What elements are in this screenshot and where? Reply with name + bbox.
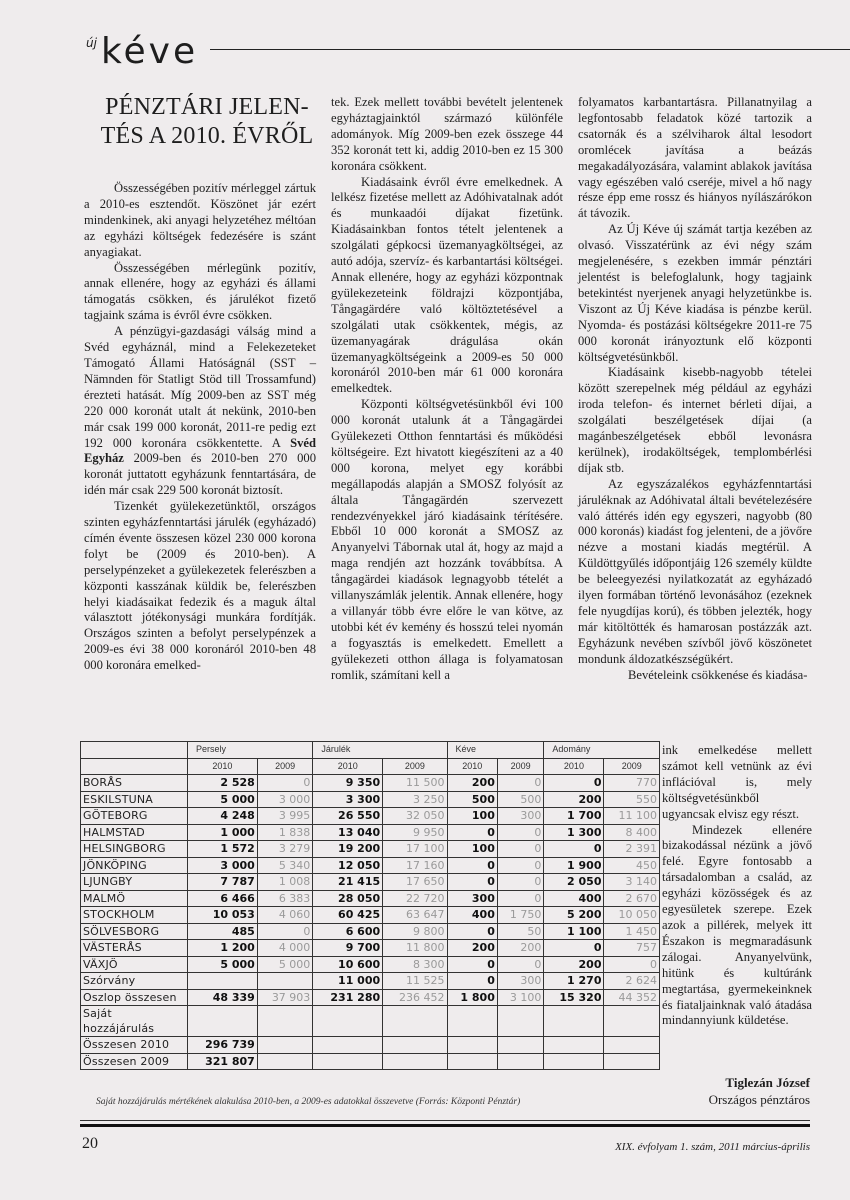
value-2010: 0: [544, 775, 604, 792]
row-label: LJUNGBY: [81, 874, 188, 891]
logo-prefix: új: [86, 36, 97, 50]
value-2010: 200: [544, 956, 604, 973]
column-3: folyamatos karbantartásra. Pillanatnyila…: [578, 95, 812, 684]
value-2009: 8 400: [604, 824, 660, 841]
value-2009: 9 950: [383, 824, 447, 841]
value-2009: 4 060: [257, 907, 312, 924]
value-2009: [604, 1037, 660, 1054]
paragraph: Mindezek ellenére bizakodással nézünk a …: [662, 823, 812, 1030]
value-2010: 2 050: [544, 874, 604, 891]
paragraph: Tizenkét gyülekezetünktől, országos szin…: [84, 499, 316, 674]
value-2010: 1 572: [188, 841, 258, 858]
value-2010: 21 415: [313, 874, 383, 891]
table-corner: [81, 758, 188, 775]
value-2010: [544, 1006, 604, 1037]
value-2009: 3 250: [383, 791, 447, 808]
value-2009: 2 391: [604, 841, 660, 858]
year-header: 2009: [257, 758, 312, 775]
value-2010: 485: [188, 923, 258, 940]
value-2010: 11 000: [313, 973, 383, 990]
author-name: Tiglezán József: [725, 1075, 810, 1091]
row-label: Összesen 2009: [81, 1053, 188, 1070]
title-line-1: PÉNZTÁRI JELEN-: [92, 93, 322, 122]
value-2010: 100: [447, 841, 497, 858]
value-2010: 9 700: [313, 940, 383, 957]
value-2009: 37 903: [257, 989, 312, 1006]
value-2010: 19 200: [313, 841, 383, 858]
footer-rule-thick: [80, 1124, 810, 1127]
value-2010: [544, 1037, 604, 1054]
value-2010: 4 248: [188, 808, 258, 825]
value-2009: 17 650: [383, 874, 447, 891]
value-2009: 8 300: [383, 956, 447, 973]
value-2010: 0: [447, 956, 497, 973]
value-2009: 236 452: [383, 989, 447, 1006]
row-label: VÄXJÖ: [81, 956, 188, 973]
paragraph: Összességében mérlegünk pozitív, annak e…: [84, 261, 316, 325]
value-2010: 48 339: [188, 989, 258, 1006]
value-2010: 400: [544, 890, 604, 907]
value-2010: 5 000: [188, 791, 258, 808]
value-2010: 1 100: [544, 923, 604, 940]
value-2010: 6 600: [313, 923, 383, 940]
column-1: Összességében pozitív mérleggel zártuk a…: [84, 181, 316, 674]
value-2009: 50: [497, 923, 544, 940]
value-2010: 5 000: [188, 956, 258, 973]
value-2010: 5 200: [544, 907, 604, 924]
value-2010: 321 807: [188, 1053, 258, 1070]
table-row: Összesen 2009321 807: [81, 1053, 660, 1070]
value-2009: 300: [497, 973, 544, 990]
group-header-persely: Persely: [188, 742, 313, 759]
value-2010: 7 787: [188, 874, 258, 891]
value-2009: [604, 1006, 660, 1037]
paragraph: folyamatos karbantartásra. Pillanatnyila…: [578, 95, 812, 222]
table-row: STOCKHOLM10 0534 06060 42563 6474001 750…: [81, 907, 660, 924]
row-label: ESKILSTUNA: [81, 791, 188, 808]
value-2009: 9 800: [383, 923, 447, 940]
value-2010: [313, 1053, 383, 1070]
value-2010: 300: [447, 890, 497, 907]
value-2010: 3 000: [188, 857, 258, 874]
value-2009: 2 670: [604, 890, 660, 907]
table-row: JÖNKÖPING3 0005 34012 05017 160001 90045…: [81, 857, 660, 874]
value-2009: 300: [497, 808, 544, 825]
table-row: BORÅS2 52809 35011 50020000770: [81, 775, 660, 792]
issue-info: XIX. évfolyam 1. szám, 2011 március-ápri…: [615, 1141, 810, 1153]
table-row: HALMSTAD1 0001 83813 0409 950001 3008 40…: [81, 824, 660, 841]
table-row: Oszlop összesen48 33937 903231 280236 45…: [81, 989, 660, 1006]
value-2009: 6 383: [257, 890, 312, 907]
value-2010: 15 320: [544, 989, 604, 1006]
value-2009: 200: [497, 940, 544, 957]
table-body: BORÅS2 52809 35011 50020000770ESKILSTUNA…: [81, 775, 660, 1070]
author-role: Országos pénztáros: [709, 1092, 810, 1108]
row-label: VÄSTERÅS: [81, 940, 188, 957]
value-2010: 0: [447, 874, 497, 891]
group-header-keve: Kéve: [447, 742, 544, 759]
value-2009: [497, 1006, 544, 1037]
paragraph: Kiadásaink évről évre emelkednek. A lelk…: [331, 175, 563, 398]
row-label: GÖTEBORG: [81, 808, 188, 825]
value-2009: [383, 1053, 447, 1070]
row-label: MALMÖ: [81, 890, 188, 907]
value-2009: [257, 1006, 312, 1037]
value-2010: 1 200: [188, 940, 258, 957]
value-2009: 11 800: [383, 940, 447, 957]
value-2010: 3 300: [313, 791, 383, 808]
value-2009: 0: [497, 857, 544, 874]
value-2010: 0: [544, 841, 604, 858]
value-2010: 1 800: [447, 989, 497, 1006]
title-line-2: TÉS A 2010. ÉVRŐL: [92, 122, 322, 151]
year-header: 2010: [544, 758, 604, 775]
value-2010: 12 050: [313, 857, 383, 874]
value-2010: 296 739: [188, 1037, 258, 1054]
value-2009: 1 450: [604, 923, 660, 940]
paragraph: ink emelkedése mellett számot kell vetnü…: [662, 743, 812, 823]
value-2009: 5 000: [257, 956, 312, 973]
value-2009: 3 995: [257, 808, 312, 825]
header-rule: [210, 49, 850, 50]
table-row: Összesen 2010296 739: [81, 1037, 660, 1054]
row-label: JÖNKÖPING: [81, 857, 188, 874]
value-2010: [188, 1006, 258, 1037]
value-2009: 3 100: [497, 989, 544, 1006]
value-2009: 1 750: [497, 907, 544, 924]
value-2010: 2 528: [188, 775, 258, 792]
table-row: LJUNGBY7 7871 00821 41517 650002 0503 14…: [81, 874, 660, 891]
column-4: ink emelkedése mellett számot kell vetnü…: [662, 743, 812, 1029]
value-2009: 11 100: [604, 808, 660, 825]
row-label: STOCKHOLM: [81, 907, 188, 924]
table-row: VÄSTERÅS1 2004 0009 70011 8002002000757: [81, 940, 660, 957]
paragraph: Központi költségvetésünkből évi 100 000 …: [331, 397, 563, 683]
value-2009: 450: [604, 857, 660, 874]
value-2010: 9 350: [313, 775, 383, 792]
paragraph: Kiadásaink kisebb-nagyobb tételei között…: [578, 365, 812, 476]
value-2009: 17 100: [383, 841, 447, 858]
value-2009: 550: [604, 791, 660, 808]
row-label: Szórvány: [81, 973, 188, 990]
value-2010: [313, 1037, 383, 1054]
value-2009: 11 525: [383, 973, 447, 990]
year-header: 2009: [604, 758, 660, 775]
value-2009: 22 720: [383, 890, 447, 907]
value-2010: [447, 1053, 497, 1070]
value-2010: 10 053: [188, 907, 258, 924]
value-2009: 0: [497, 956, 544, 973]
value-2010: 6 466: [188, 890, 258, 907]
group-header-adomany: Adomány: [544, 742, 660, 759]
paragraph: tek. Ezek mellett további bevételt jelen…: [331, 95, 563, 175]
value-2009: 500: [497, 791, 544, 808]
value-2009: 5 340: [257, 857, 312, 874]
table-row: SÖLVESBORG48506 6009 8000501 1001 450: [81, 923, 660, 940]
value-2009: 0: [604, 956, 660, 973]
value-2010: 1 270: [544, 973, 604, 990]
paragraph: Összességében pozitív mérleggel zártuk a…: [84, 181, 316, 261]
paragraph-text: A: [262, 436, 290, 450]
row-label: Oszlop összesen: [81, 989, 188, 1006]
value-2010: 28 050: [313, 890, 383, 907]
table-row: Saját hozzájárulás: [81, 1006, 660, 1037]
value-2009: 3 140: [604, 874, 660, 891]
value-2009: [604, 1053, 660, 1070]
article-title: PÉNZTÁRI JELEN- TÉS A 2010. ÉVRŐL: [92, 93, 322, 151]
value-2009: 0: [497, 775, 544, 792]
value-2009: 17 160: [383, 857, 447, 874]
value-2009: 757: [604, 940, 660, 957]
value-2009: 3 279: [257, 841, 312, 858]
value-2010: [447, 1006, 497, 1037]
paragraph: Az Új Kéve új számát tartja kezében az o…: [578, 222, 812, 365]
value-2010: 10 600: [313, 956, 383, 973]
value-2009: 770: [604, 775, 660, 792]
value-2009: [257, 1037, 312, 1054]
value-2009: [497, 1037, 544, 1054]
paragraph: Bevételeink csökkenése és kiadása-: [578, 668, 812, 684]
table-corner: [81, 742, 188, 759]
value-2010: 0: [544, 940, 604, 957]
value-2009: [257, 973, 312, 990]
table-row: Szórvány11 00011 52503001 2702 624: [81, 973, 660, 990]
value-2010: 200: [447, 775, 497, 792]
value-2009: 44 352: [604, 989, 660, 1006]
value-2009: 1 838: [257, 824, 312, 841]
logo-title: kéve: [101, 34, 198, 70]
row-label: Összesen 2010: [81, 1037, 188, 1054]
table-caption: Saját hozzájárulás mértékének alakulása …: [96, 1097, 520, 1107]
value-2010: [447, 1037, 497, 1054]
value-2010: 1 700: [544, 808, 604, 825]
paragraph: Az egyszázalékos egyházfenntartási járul…: [578, 477, 812, 668]
row-label: BORÅS: [81, 775, 188, 792]
value-2010: 0: [447, 973, 497, 990]
row-label: HALMSTAD: [81, 824, 188, 841]
year-header: 2010: [188, 758, 258, 775]
table-row: ESKILSTUNA5 0003 0003 3003 2505005002005…: [81, 791, 660, 808]
value-2010: 13 040: [313, 824, 383, 841]
table-row: GÖTEBORG4 2483 99526 55032 0501003001 70…: [81, 808, 660, 825]
value-2010: 200: [544, 791, 604, 808]
value-2009: 0: [497, 874, 544, 891]
value-2010: 1 900: [544, 857, 604, 874]
row-label: HELSINGBORG: [81, 841, 188, 858]
column-2: tek. Ezek mellett további bevételt jelen…: [331, 95, 563, 684]
value-2010: 0: [447, 857, 497, 874]
year-header: 2009: [383, 758, 447, 775]
value-2009: 0: [497, 890, 544, 907]
value-2010: 0: [447, 923, 497, 940]
value-2009: [383, 1006, 447, 1037]
value-2010: 26 550: [313, 808, 383, 825]
paragraph: A pénzügyi-gazdasági válság mind a Svéd …: [84, 324, 316, 499]
footer-rule-thin: [80, 1120, 810, 1121]
group-header-jarulek: Járulék: [313, 742, 447, 759]
table-row: VÄXJÖ5 0005 00010 6008 300002000: [81, 956, 660, 973]
value-2009: 0: [257, 923, 312, 940]
value-2009: 11 500: [383, 775, 447, 792]
value-2009: [383, 1037, 447, 1054]
value-2009: 63 647: [383, 907, 447, 924]
value-2009: 0: [497, 824, 544, 841]
page-number: 20: [82, 1135, 98, 1153]
value-2010: 200: [447, 940, 497, 957]
value-2009: 0: [257, 775, 312, 792]
value-2010: [544, 1053, 604, 1070]
value-2009: 32 050: [383, 808, 447, 825]
row-label: SÖLVESBORG: [81, 923, 188, 940]
value-2009: 1 008: [257, 874, 312, 891]
value-2009: [497, 1053, 544, 1070]
year-header: 2009: [497, 758, 544, 775]
value-2009: 2 624: [604, 973, 660, 990]
magazine-logo: új kéve: [86, 34, 198, 70]
value-2010: 400: [447, 907, 497, 924]
row-label: Saját hozzájárulás: [81, 1006, 188, 1037]
table-row: MALMÖ6 4666 38328 05022 72030004002 670: [81, 890, 660, 907]
value-2010: [313, 1006, 383, 1037]
value-2010: 1 300: [544, 824, 604, 841]
value-2009: 10 050: [604, 907, 660, 924]
finance-table: Persely Járulék Kéve Adomány 2010 2009 2…: [80, 741, 660, 1070]
value-2010: 231 280: [313, 989, 383, 1006]
value-2010: 60 425: [313, 907, 383, 924]
value-2010: 1 000: [188, 824, 258, 841]
value-2009: 3 000: [257, 791, 312, 808]
value-2010: 100: [447, 808, 497, 825]
year-header: 2010: [447, 758, 497, 775]
value-2010: 500: [447, 791, 497, 808]
paragraph-text: A pénzügyi-gazdasági válság mind a Svéd …: [84, 324, 316, 449]
value-2009: 4 000: [257, 940, 312, 957]
value-2009: [257, 1053, 312, 1070]
year-header: 2010: [313, 758, 383, 775]
value-2010: 0: [447, 824, 497, 841]
table-row: HELSINGBORG1 5723 27919 20017 100100002 …: [81, 841, 660, 858]
value-2010: [188, 973, 258, 990]
value-2009: 0: [497, 841, 544, 858]
